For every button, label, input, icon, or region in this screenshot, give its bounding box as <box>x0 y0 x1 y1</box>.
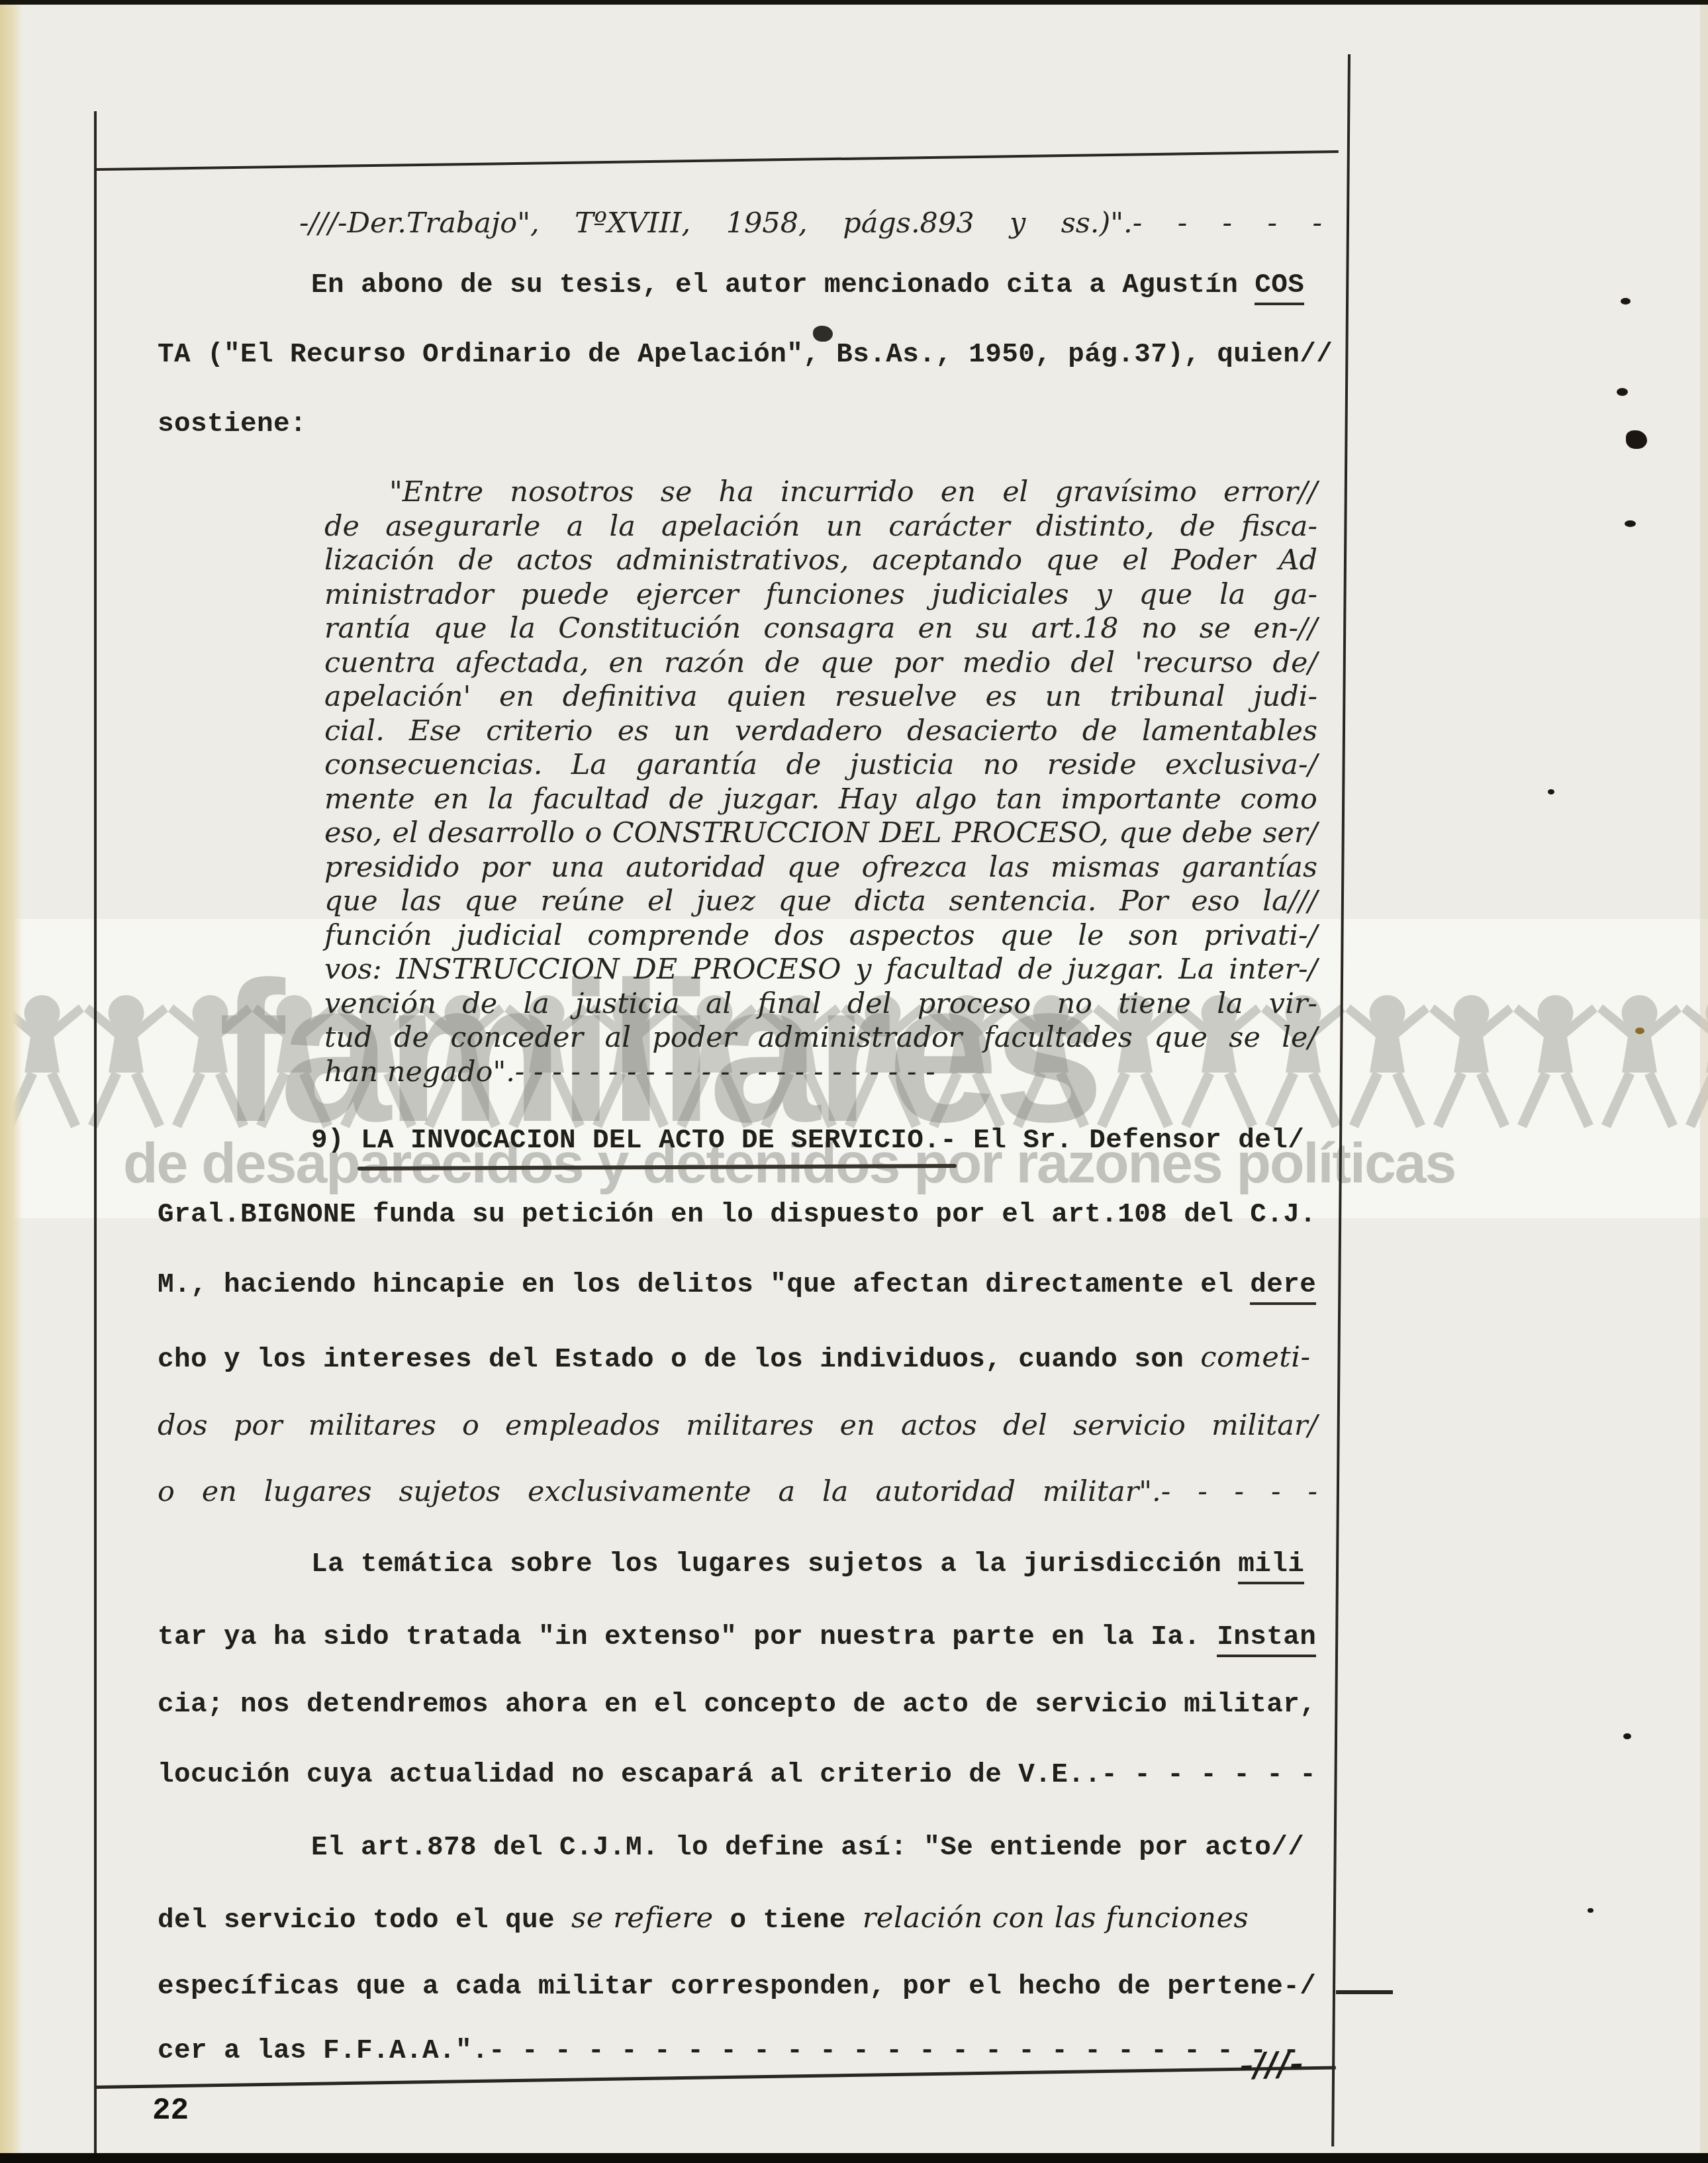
text-segment: o en lugares sujetos exclusivamente a la… <box>158 1475 1317 1508</box>
text-line: cia; nos detendremos ahora en el concept… <box>158 1690 1316 1720</box>
ink-speck <box>1621 298 1631 305</box>
text-segment: El art.878 del C.J.M. lo define así: "Se… <box>311 1833 1304 1863</box>
text-segment: dos por militares o empleados militares … <box>158 1409 1317 1442</box>
quote-line: vos: INSTRUCCION DE PROCESO y facultad d… <box>324 953 1317 986</box>
ink-speck <box>1548 789 1554 794</box>
continuation-mark: -///- <box>1239 2043 1304 2084</box>
quote-line: de asegurarle a la apelación un carácter… <box>324 510 1317 543</box>
underlined-word: Instan <box>1217 1622 1316 1657</box>
ink-speck <box>1617 388 1628 396</box>
ink-speck <box>1623 1733 1631 1739</box>
text-line: locución cuya actualidad no escapará al … <box>158 1760 1316 1790</box>
text-line: La temática sobre los lugares sujetos a … <box>311 1549 1304 1580</box>
text-line: tar ya ha sido tratada "in extenso" por … <box>158 1622 1316 1653</box>
quote-line: que las que reúne el juez que dicta sent… <box>324 885 1317 918</box>
text-line: En abono de su tesis, el autor mencionad… <box>311 270 1304 301</box>
text-segment: cometi- <box>1200 1341 1310 1374</box>
text-line: TA ("El Recurso Ordinario de Apelación",… <box>158 340 1333 370</box>
text-segment: sostiene: <box>158 409 307 440</box>
text-line: El art.878 del C.J.M. lo define así: "Se… <box>311 1833 1304 1863</box>
text-segment: "Entre nosotros se ha incurrido en el gr… <box>389 475 1317 508</box>
text-line: sostiene: <box>158 409 307 440</box>
text-line: del servicio todo el que se refiere o ti… <box>158 1901 1249 1936</box>
scan-edge-right <box>1700 0 1708 2163</box>
underlined-word: COS <box>1255 270 1304 305</box>
ink-speck <box>1625 520 1636 527</box>
ink-speck <box>1626 430 1647 449</box>
quote-line: cuentra afectada, en razón de que por me… <box>324 646 1317 679</box>
text-segment: cho y los intereses del Estado o de los … <box>158 1345 1200 1375</box>
text-segment: o tiene <box>714 1905 863 1936</box>
quote-line: cial. Ese criterio es un verdadero desac… <box>324 714 1317 747</box>
scan-edge-left <box>0 0 23 2163</box>
text-segment: En abono de su tesis, el autor mencionad… <box>311 270 1255 301</box>
text-line: cer a las F.F.A.A.".- - - - - - - - - - … <box>158 2036 1300 2066</box>
document-text: -///-Der.Trabajo", TºXVIII, 1958, págs.8… <box>0 0 1708 2163</box>
text-segment: ministrador puede ejercer funciones judi… <box>324 578 1317 611</box>
text-line: específicas que a cada militar correspon… <box>158 1972 1316 2002</box>
text-segment: rantía que la Constitución consagra en s… <box>324 612 1317 645</box>
text-segment: cer a las F.F.A.A.".- - - - - - - - - - … <box>158 2036 1300 2066</box>
text-line: M., haciendo hincapie en los delitos "qu… <box>158 1270 1316 1300</box>
quote-line: mente en la facultad de juzgar. Hay algo… <box>324 783 1317 816</box>
text-segment: de asegurarle a la apelación un carácter… <box>324 510 1317 543</box>
text-segment: M., haciendo hincapie en los delitos "qu… <box>158 1270 1250 1300</box>
text-segment: relación con las funciones <box>863 1901 1249 1935</box>
text-line: dos por militares o empleados militares … <box>158 1409 1317 1442</box>
text-segment: mente en la facultad de juzgar. Hay algo… <box>324 783 1317 816</box>
text-segment: TA ("El Recurso Ordinario de Apelación",… <box>158 340 1333 370</box>
text-segment: cial. Ese criterio es un verdadero desac… <box>324 714 1317 747</box>
quote-line: rantía que la Constitución consagra en s… <box>324 612 1317 645</box>
text-segment: consecuencias. La garantía de justicia n… <box>324 748 1317 781</box>
quote-line: "Entre nosotros se ha incurrido en el gr… <box>389 475 1317 508</box>
quote-line: apelación' en definitiva quien resuelve … <box>324 680 1317 713</box>
text-segment: tar ya ha sido tratada "in extenso" por … <box>158 1622 1217 1653</box>
underlined-word: dere <box>1250 1270 1316 1305</box>
text-segment: La temática sobre los lugares sujetos a … <box>311 1549 1238 1580</box>
text-segment: han negado".- - - - - - - - - - - - - - … <box>324 1055 935 1088</box>
text-line: cho y los intereses del Estado o de los … <box>158 1341 1311 1375</box>
text-segment: cia; nos detendremos ahora en el concept… <box>158 1690 1316 1720</box>
text-segment: específicas que a cada militar correspon… <box>158 1972 1316 2002</box>
ink-speck <box>1635 1028 1644 1034</box>
quote-line: lización de actos administrativos, acept… <box>324 544 1317 577</box>
quote-line: presidido por una autoridad que ofrezca … <box>324 851 1317 884</box>
text-segment: eso, el desarrollo o CONSTRUCCION DEL PR… <box>324 816 1317 849</box>
quote-line: función judicial comprende dos aspectos … <box>324 919 1317 952</box>
text-segment: locución cuya actualidad no escapará al … <box>158 1760 1316 1790</box>
ink-blot <box>813 326 833 342</box>
text-line: Gral.BIGNONE funda su petición en lo dis… <box>158 1200 1316 1230</box>
quote-line: eso, el desarrollo o CONSTRUCCION DEL PR… <box>324 816 1317 849</box>
section-heading: 9) LA INVOCACION DEL ACTO DE SERVICIO.- … <box>311 1126 1304 1156</box>
text-segment: vención de la justicia al final del proc… <box>324 987 1317 1020</box>
text-segment: se refiere <box>571 1901 714 1935</box>
quote-line: tud de conceder al poder administrador f… <box>324 1021 1317 1054</box>
text-segment: apelación' en definitiva quien resuelve … <box>324 680 1317 713</box>
quote-line: ministrador puede ejercer funciones judi… <box>324 578 1317 611</box>
text-segment: -///-Der.Trabajo", TºXVIII, 1958, págs.8… <box>299 207 1322 240</box>
scanned-document: { "page": { "number": "22", "continuatio… <box>0 0 1708 2163</box>
continuation-header-line: -///-Der.Trabajo", TºXVIII, 1958, págs.8… <box>299 207 1322 240</box>
text-segment: Gral.BIGNONE funda su petición en lo dis… <box>158 1200 1316 1230</box>
text-segment: 9) LA INVOCACION DEL ACTO DE SERVICIO.- … <box>311 1126 1304 1156</box>
text-segment: función judicial comprende dos aspectos … <box>324 919 1317 952</box>
text-segment: lización de actos administrativos, acept… <box>324 544 1317 577</box>
quote-line: vención de la justicia al final del proc… <box>324 987 1317 1020</box>
quote-line: han negado".- - - - - - - - - - - - - - … <box>324 1055 935 1088</box>
quote-line: consecuencias. La garantía de justicia n… <box>324 748 1317 781</box>
ink-speck <box>1588 1908 1593 1913</box>
text-line: o en lugares sujetos exclusivamente a la… <box>158 1475 1317 1508</box>
page-number: 22 <box>152 2093 189 2128</box>
text-segment: vos: INSTRUCCION DE PROCESO y facultad d… <box>324 953 1317 986</box>
text-segment: del servicio todo el que <box>158 1905 571 1936</box>
text-segment: que las que reúne el juez que dicta sent… <box>324 885 1317 918</box>
scan-edge-top <box>0 0 1708 5</box>
text-segment: tud de conceder al poder administrador f… <box>324 1021 1317 1054</box>
scan-edge-bottom <box>0 2153 1708 2163</box>
text-segment: presidido por una autoridad que ofrezca … <box>324 851 1317 884</box>
underlined-word: mili <box>1238 1549 1304 1584</box>
text-segment: cuentra afectada, en razón de que por me… <box>324 646 1317 679</box>
